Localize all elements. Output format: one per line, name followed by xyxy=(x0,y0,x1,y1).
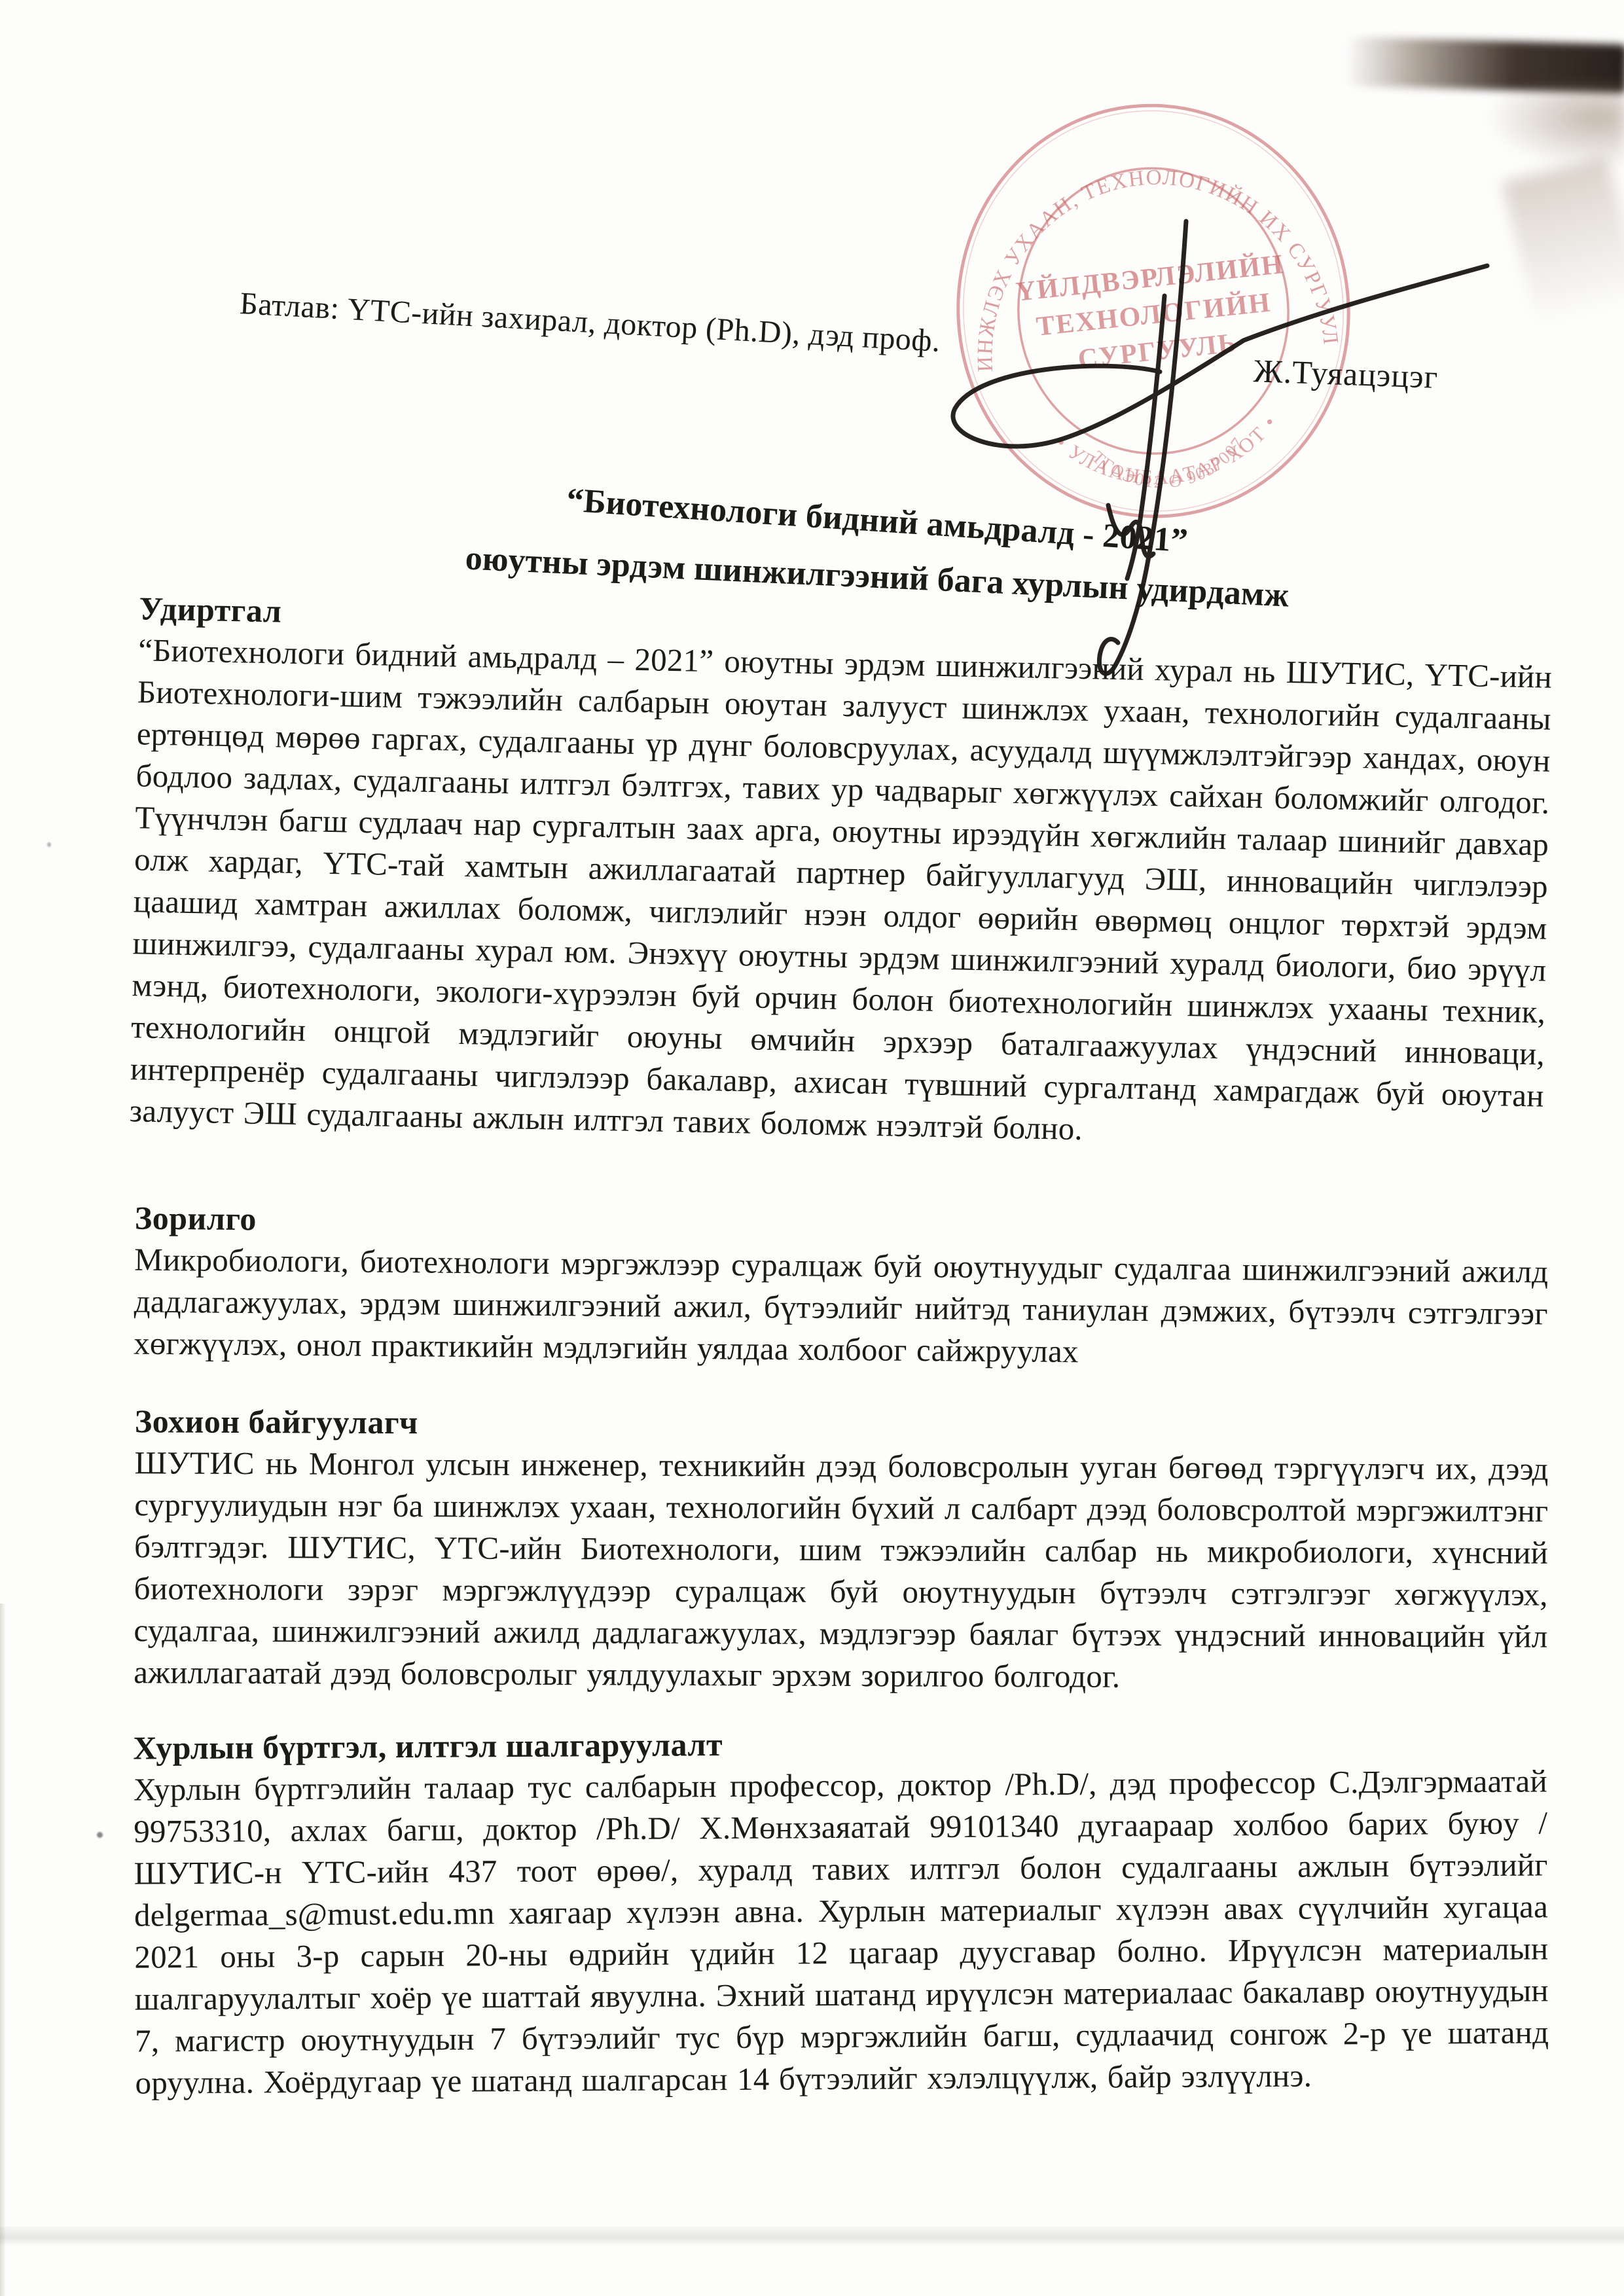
section-body-text: ШУТИС нь Монгол улсын инженер, техникийн… xyxy=(134,1442,1549,1699)
section-organizer: Зохион байгуулагч ШУТИС нь Монгол улсын … xyxy=(134,1400,1549,1699)
section-registration: Хурлын бүртгэл, илтгэл шалгаруулалт Хурл… xyxy=(133,1718,1549,2104)
signature-loop-and-tail xyxy=(953,266,1487,446)
section-body-text: Микробиологи, биотехнологи мэргэжлээр су… xyxy=(134,1239,1549,1377)
section-body-text: Хурлын бүртгэлийн талаар тус салбарын пр… xyxy=(134,1760,1549,2104)
section-introduction: Удиртгал “Биотехнологи бидний амьдралд –… xyxy=(129,587,1553,1158)
scanned-document-page: Батлав: ҮТС-ийн захирал, доктор (Ph.D), … xyxy=(0,0,1624,2296)
section-body-text: “Биотехнологи бидний амьдралд – 2021” ою… xyxy=(129,629,1552,1158)
section-goal: Зорилго Микробиологи, биотехнологи мэргэ… xyxy=(134,1197,1549,1377)
section-heading: Зохион байгуулагч xyxy=(135,1400,1549,1448)
document-body: Удиртгал “Биотехнологи бидний амьдралд –… xyxy=(134,601,1548,2100)
signer-name: Ж.Туяацэцэг xyxy=(1253,351,1439,396)
